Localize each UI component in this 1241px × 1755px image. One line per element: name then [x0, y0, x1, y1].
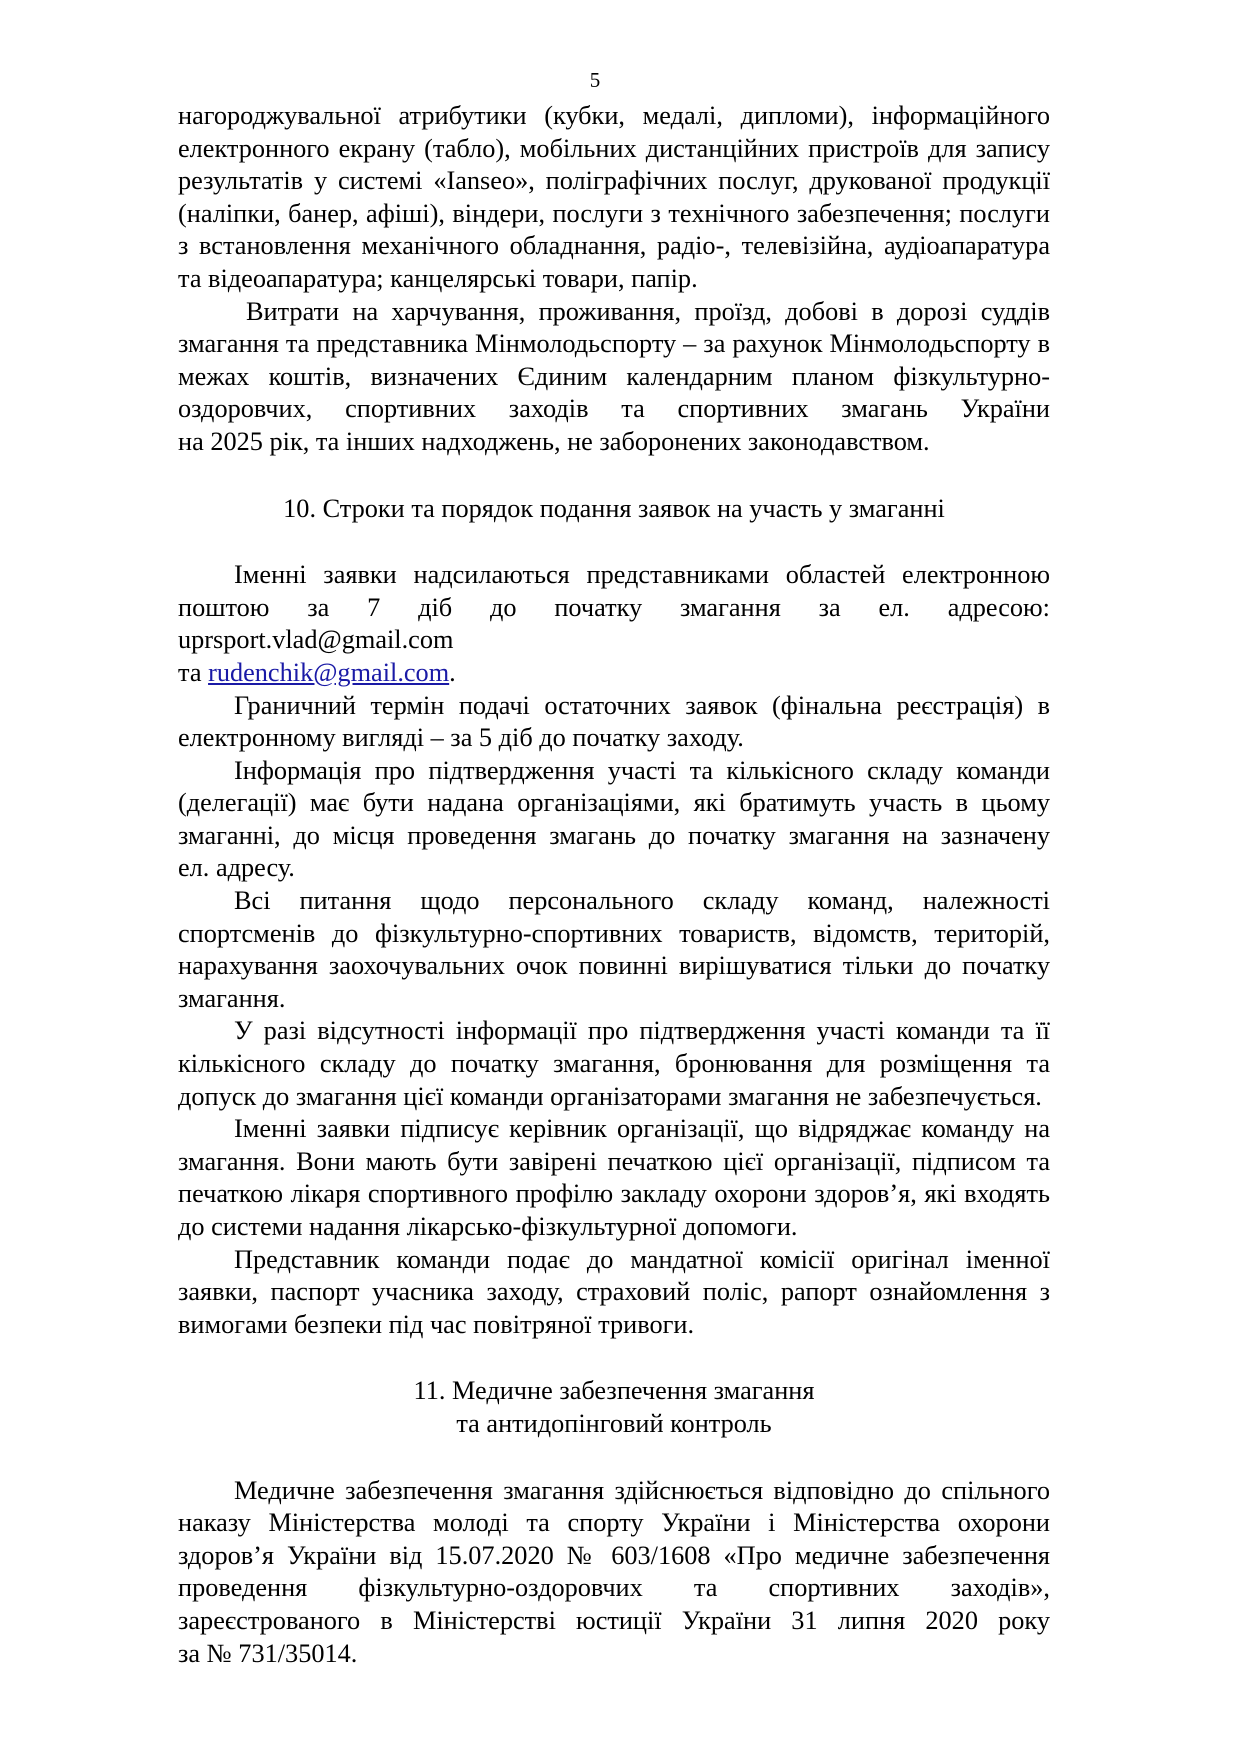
- text-line: Інформація про підтвердження участі та к…: [178, 755, 1050, 788]
- text-line: змагання. Вони мають бути завірені печат…: [178, 1146, 1050, 1179]
- section-10-paragraph-1: Іменні заявки надсилаються представникам…: [178, 559, 1050, 689]
- section-10-paragraph-3: Інформація про підтвердження участі та к…: [178, 755, 1050, 885]
- text-line: нарахування заохочувальних очок повинні …: [178, 950, 1050, 983]
- email-link[interactable]: rudenchik@gmail.com: [208, 658, 449, 687]
- text-line: печаткою лікаря спортивного профілю закл…: [178, 1178, 1050, 1211]
- section-11-heading-line-2: та антидопінговий контроль: [178, 1408, 1050, 1441]
- text-line: за № 731/35014.: [178, 1638, 1050, 1671]
- text-suffix: .: [449, 658, 456, 687]
- text-line: на 2025 рік, та інших надходжень, не заб…: [178, 426, 1050, 459]
- text-line: Граничний термін подачі остаточних заяво…: [178, 690, 1050, 723]
- text-line: з встановлення механічного обладнання, р…: [178, 230, 1050, 263]
- text-line: Іменні заявки надсилаються представникам…: [178, 559, 1050, 592]
- section-10-paragraph-5: У разі відсутності інформації про підтве…: [178, 1015, 1050, 1113]
- section-10-paragraph-2: Граничний термін подачі остаточних заяво…: [178, 690, 1050, 755]
- text-line: спортсменів до фізкультурно-спортивних т…: [178, 918, 1050, 951]
- section-11-paragraph-1: Медичне забезпечення змагання здійснюєть…: [178, 1475, 1050, 1671]
- section-10-paragraph-6: Іменні заявки підписує керівник організа…: [178, 1113, 1050, 1243]
- text-line: змагання.: [178, 983, 1050, 1016]
- text-line: допуск до змагання цієї команди організа…: [178, 1081, 1050, 1114]
- text-line: вимогами безпеки під час повітряної трив…: [178, 1309, 1050, 1342]
- text-line: електронному вигляді – за 5 діб до почат…: [178, 722, 1050, 755]
- expenses-paragraph: Витрати на харчування, проживання, проїз…: [178, 296, 1050, 459]
- document-body: нагороджувальної атрибутики (кубки, меда…: [178, 100, 1050, 1670]
- section-11-heading: 11. Медичне забезпечення змагання та ант…: [178, 1375, 1050, 1440]
- text-line: (делегації) має бути надана організаціям…: [178, 787, 1050, 820]
- text-line: електронного екрану (табло), мобільних д…: [178, 133, 1050, 166]
- text-line: (наліпки, банер, афіші), віндери, послуг…: [178, 198, 1050, 231]
- text-line: та rudenchik@gmail.com.: [178, 657, 1050, 690]
- section-11-heading-line-1: 11. Медичне забезпечення змагання: [178, 1375, 1050, 1408]
- text-line: оздоровчих, спортивних заходів та спорти…: [178, 393, 1050, 426]
- text-line: змаганні, до місця проведення змагань до…: [178, 820, 1050, 853]
- text-line: результатів у системі «Ianseo», поліграф…: [178, 165, 1050, 198]
- text-line: до системи надання лікарсько-фізкультурн…: [178, 1211, 1050, 1244]
- text-line: наказу Міністерства молоді та спорту Укр…: [178, 1507, 1050, 1540]
- text-line: Представник команди подає до мандатної к…: [178, 1244, 1050, 1277]
- section-10-paragraph-4: Всі питання щодо персонального складу ко…: [178, 885, 1050, 1015]
- text-line: ел. адресу.: [178, 852, 1050, 885]
- text-line: Витрати на харчування, проживання, проїз…: [178, 296, 1050, 329]
- text-line: та відеоапаратура; канцелярські товари, …: [178, 263, 1050, 296]
- text-line: здоров’я України від 15.07.2020 № 603/16…: [178, 1540, 1050, 1573]
- text-line: Всі питання щодо персонального складу ко…: [178, 885, 1050, 918]
- text-line: змагання та представника Мінмолодьспорту…: [178, 328, 1050, 361]
- text-line: Медичне забезпечення змагання здійснюєть…: [178, 1475, 1050, 1508]
- section-10-paragraph-7: Представник команди подає до мандатної к…: [178, 1244, 1050, 1342]
- intro-paragraph: нагороджувальної атрибутики (кубки, меда…: [178, 100, 1050, 296]
- page-number: 5: [0, 68, 1190, 92]
- text-line: У разі відсутності інформації про підтве…: [178, 1015, 1050, 1048]
- text-prefix: та: [178, 658, 208, 687]
- text-line: Іменні заявки підписує керівник організа…: [178, 1113, 1050, 1146]
- section-10-heading: 10. Строки та порядок подання заявок на …: [178, 493, 1050, 526]
- text-line: кількісного складу до початку змагання, …: [178, 1048, 1050, 1081]
- text-line: проведення фізкультурно-оздоровчих та сп…: [178, 1572, 1050, 1605]
- text-line: межах коштів, визначених Єдиним календар…: [178, 361, 1050, 394]
- text-line: нагороджувальної атрибутики (кубки, меда…: [178, 100, 1050, 133]
- text-line: поштою за 7 діб до початку змагання за е…: [178, 592, 1050, 657]
- text-line: зареєстрованого в Міністерстві юстиції У…: [178, 1605, 1050, 1638]
- text-line: заявки, паспорт учасника заходу, страхов…: [178, 1276, 1050, 1309]
